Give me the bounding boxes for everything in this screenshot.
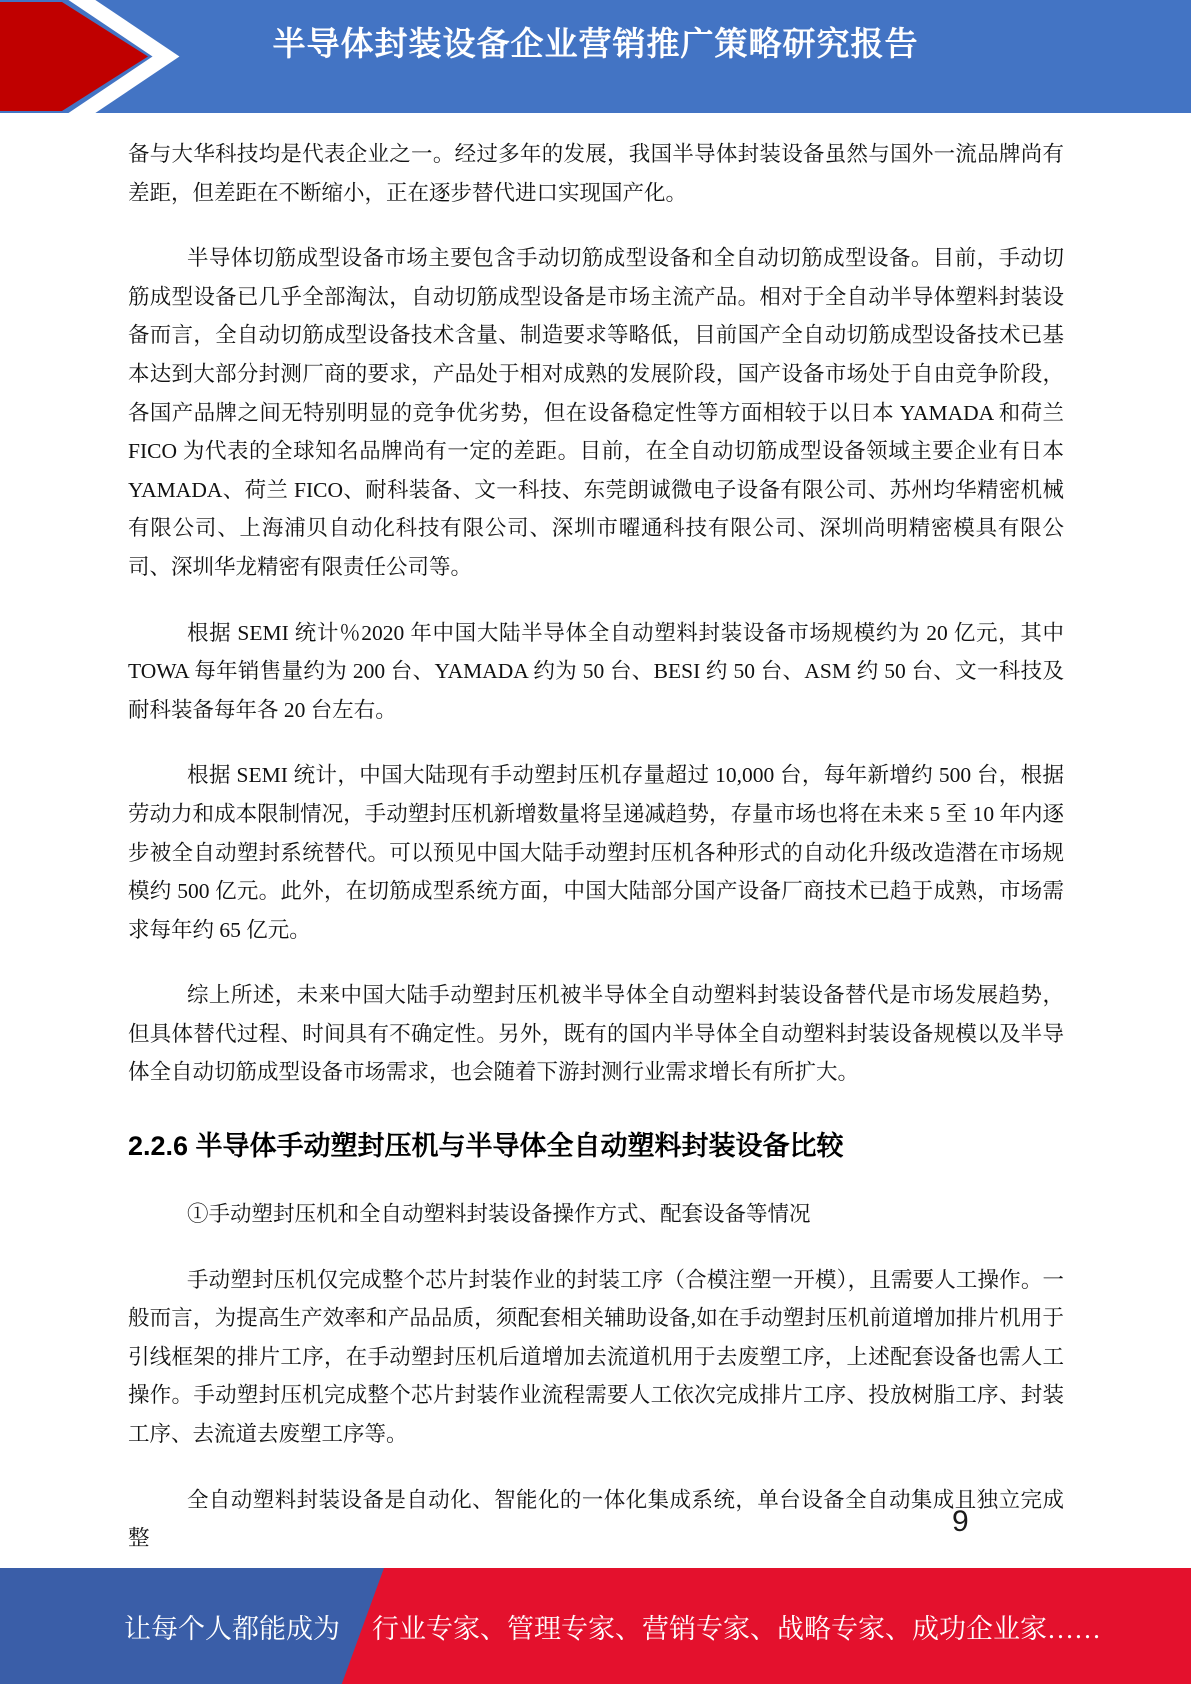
page-footer: 行业专家、管理专家、营销专家、战略专家、成功企业家…… 让每个人都能成为	[0, 1568, 1191, 1684]
section-heading-2-2-6: 2.2.6 半导体手动塑封压机与半导体全自动塑料封装设备比较	[128, 1124, 1064, 1168]
paragraph-cutting-forming-market: 半导体切筋成型设备市场主要包含手动切筋成型设备和全自动切筋成型设备。目前，手动切…	[128, 239, 1064, 586]
page-number: 9	[952, 1504, 969, 1540]
paragraph-manual-press-operation: 手动塑封压机仅完成整个芯片封装作业的封装工序（合模注塑一开模），且需要人工操作。…	[128, 1261, 1064, 1454]
page-header: 半导体封装设备企业营销推广策略研究报告	[0, 0, 1191, 113]
paragraph-summary-trend: 综上所述，未来中国大陆手动塑封压机被半导体全自动塑料封装设备替代是市场发展趋势，…	[128, 976, 1064, 1092]
footer-slogan-right: 行业专家、管理专家、营销专家、战略专家、成功企业家……	[372, 1607, 1101, 1646]
report-page: 半导体封装设备企业营销推广策略研究报告 备与大华科技均是代表企业之一。经过多年的…	[0, 0, 1191, 1684]
paragraph-semi-2020-market-size: 根据 SEMI 统计％2020 年中国大陆半导体全自动塑料封装设备市场规模约为 …	[128, 614, 1064, 730]
footer-slogan-left: 让每个人都能成为	[124, 1607, 340, 1646]
report-title: 半导体封装设备企业营销推广策略研究报告	[0, 24, 1191, 64]
paragraph-item-1-intro: ①手动塑封压机和全自动塑料封装设备操作方式、配套设备等情况	[128, 1195, 1064, 1234]
footer-blue-band: 让每个人都能成为	[0, 1568, 384, 1684]
page-body: 备与大华科技均是代表企业之一。经过多年的发展，我国半导体封装设备虽然与国外一流品…	[0, 113, 1191, 1568]
paragraph-auto-equipment-intro: 全自动塑料封装设备是自动化、智能化的一体化集成系统，单台设备全自动集成且独立完成…	[128, 1481, 1064, 1558]
paragraph-manual-press-stock: 根据 SEMI 统计，中国大陆现有手动塑封压机存量超过 10,000 台，每年新…	[128, 756, 1064, 949]
paragraph-continuation: 备与大华科技均是代表企业之一。经过多年的发展，我国半导体封装设备虽然与国外一流品…	[128, 135, 1064, 212]
